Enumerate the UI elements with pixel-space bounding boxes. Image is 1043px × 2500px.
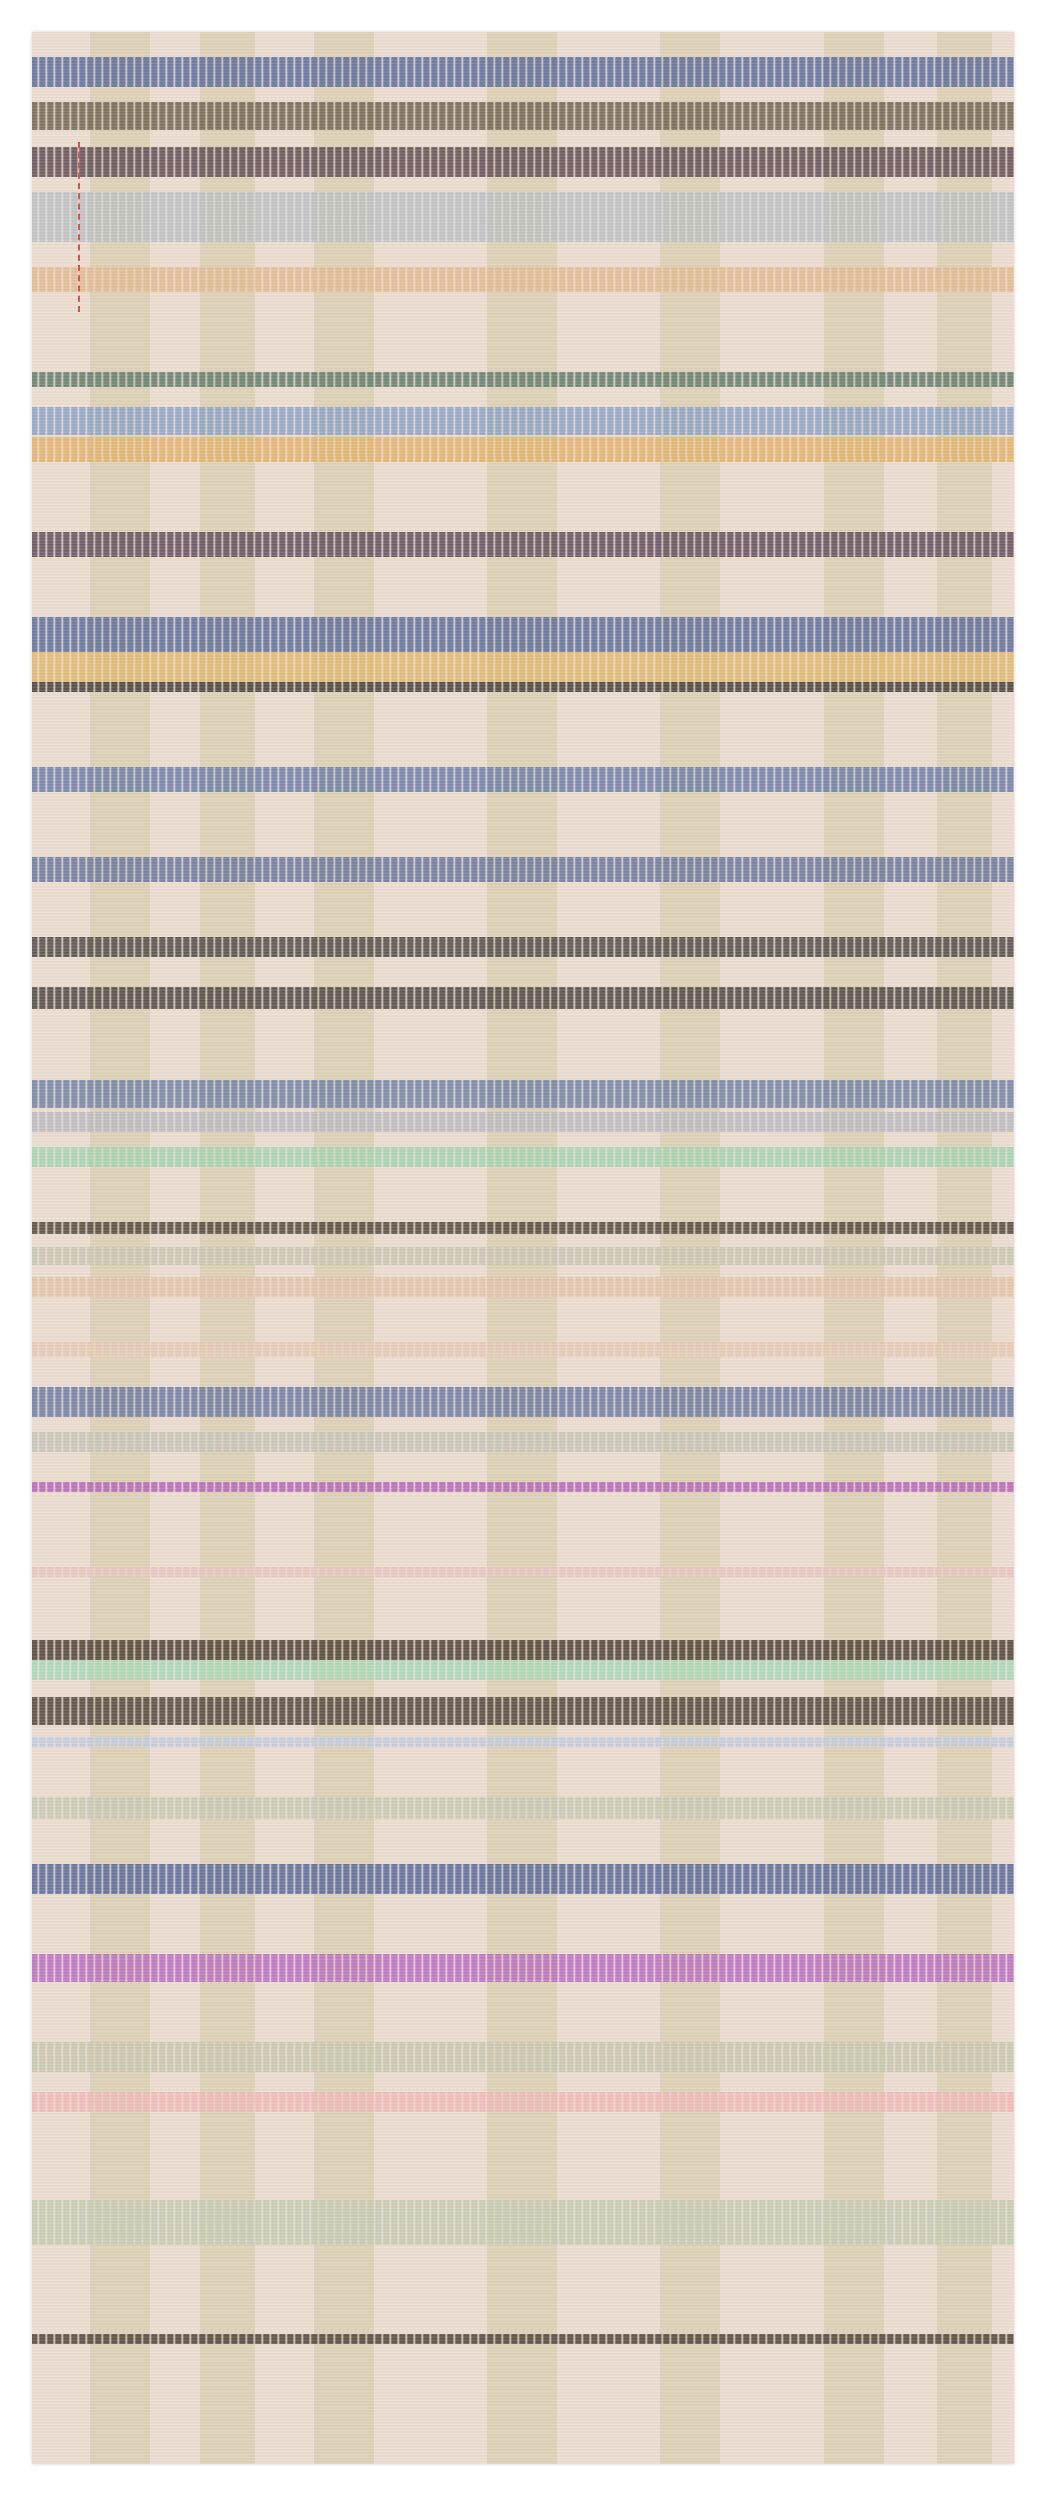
- weft-stripe: [32, 2200, 1014, 2245]
- weft-stripe: [32, 372, 1014, 387]
- weft-stripe: [32, 1342, 1014, 1357]
- weft-stripe: [32, 1080, 1014, 1108]
- weft-stripe: [32, 857, 1014, 882]
- weft-stripe: [32, 1482, 1014, 1492]
- weft-stripe: [32, 147, 1014, 177]
- weft-stripe: [32, 617, 1014, 652]
- weft-stripe: [32, 1247, 1014, 1265]
- weft-stripe: [32, 1432, 1014, 1452]
- weft-stripe: [32, 1660, 1014, 1680]
- weft-stripe: [32, 2092, 1014, 2112]
- weft-stripe: [32, 532, 1014, 557]
- weft-stripe: [32, 1112, 1014, 1132]
- weft-stripe: [32, 1387, 1014, 1417]
- weft-stripe: [32, 407, 1014, 435]
- weft-stripe: [32, 437, 1014, 462]
- weft-stripe: [32, 1222, 1014, 1234]
- weft-stripe: [32, 1147, 1014, 1167]
- weft-stripe: [32, 1864, 1014, 1894]
- weft-stripe: [32, 1954, 1014, 1982]
- weft-stripe: [32, 102, 1014, 130]
- weft-stripe: [32, 1797, 1014, 1819]
- rug: [32, 32, 1014, 2464]
- edge-stitch: [78, 142, 80, 312]
- weft-stripe: [32, 57, 1014, 87]
- weft-stripe: [32, 767, 1014, 792]
- weft-stripe: [32, 1567, 1014, 1577]
- weft-stripe: [32, 267, 1014, 292]
- weft-stripe: [32, 1640, 1014, 1660]
- weft-stripe: [32, 1697, 1014, 1725]
- weft-stripe: [32, 987, 1014, 1009]
- weft-stripe: [32, 682, 1014, 692]
- weft-stripe: [32, 1737, 1014, 1747]
- weft-stripe: [32, 192, 1014, 242]
- weft-stripe: [32, 2334, 1014, 2344]
- weft-stripe: [32, 2042, 1014, 2072]
- weft-stripe: [32, 937, 1014, 957]
- weft-stripe: [32, 652, 1014, 682]
- weft-stripe: [32, 1277, 1014, 1297]
